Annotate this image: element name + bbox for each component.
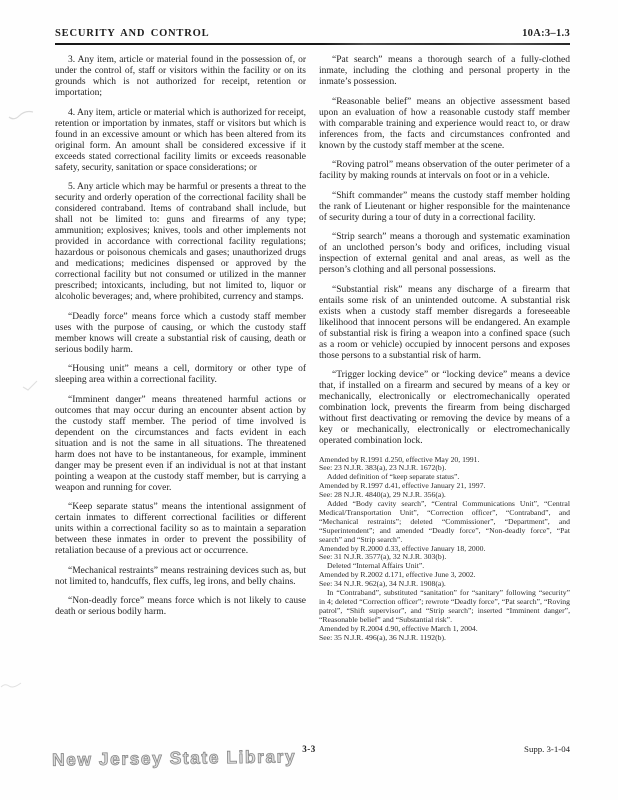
document-page: SECURITY AND CONTROL 10A:3–1.3 3. Any it… bbox=[0, 0, 618, 800]
contraband-item-4-paragraph: 4. Any item, article or material which i… bbox=[55, 108, 306, 174]
definition-strip-search: “Strip search” means a thorough and syst… bbox=[319, 232, 570, 276]
definition-mechanical-restraints: “Mechanical restraints” means restrainin… bbox=[55, 566, 306, 588]
definition-keep-separate-status: “Keep separate status” means the intenti… bbox=[55, 502, 306, 557]
definition-imminent-danger: “Imminent danger” means threatened harmf… bbox=[55, 395, 306, 494]
left-column: 3. Any item, article or material found i… bbox=[55, 55, 306, 643]
definition-roving-patrol: “Roving patrol” means observation of the… bbox=[319, 160, 570, 182]
history-note-change-2002: In “Contraband”, substituted “sanitation… bbox=[319, 589, 570, 625]
definition-housing-unit: “Housing unit” means a cell, dormitory o… bbox=[55, 364, 306, 386]
definition-shift-commander: “Shift commander” means the custody staf… bbox=[319, 191, 570, 224]
page-title: SECURITY AND CONTROL bbox=[55, 28, 209, 39]
document-body: 3. Any item, article or material found i… bbox=[55, 55, 570, 643]
section-code: 10A:3–1.3 bbox=[522, 28, 570, 39]
definition-non-deadly-force: “Non-deadly force” means force which is … bbox=[55, 596, 306, 618]
definition-trigger-locking-device: “Trigger locking device” or “locking dev… bbox=[319, 370, 570, 447]
library-stamp: New Jersey State Library bbox=[52, 746, 296, 770]
header-rule bbox=[55, 43, 570, 45]
definition-deadly-force: “Deadly force” means force which a custo… bbox=[55, 312, 306, 356]
right-column: “Pat search” means a thorough search of … bbox=[319, 55, 570, 643]
history-note-change-1997: Added “Body cavity search”, “Central Com… bbox=[319, 500, 570, 545]
history-note-see-2004: See: 35 N.J.R. 496(a), 36 N.J.R. 1192(b)… bbox=[319, 634, 570, 643]
definition-reasonable-belief: “Reasonable belief” means an objective a… bbox=[319, 97, 570, 152]
contraband-item-3-paragraph: 3. Any item, article or material found i… bbox=[55, 55, 306, 99]
history-notes: Amended by R.1991 d.250, effective May 2… bbox=[319, 456, 570, 643]
definition-substantial-risk: “Substantial risk” means any discharge o… bbox=[319, 285, 570, 362]
supplement-date: Supp. 3-1-04 bbox=[524, 744, 570, 754]
pencil-mark bbox=[8, 108, 34, 122]
page-header: SECURITY AND CONTROL 10A:3–1.3 bbox=[55, 28, 570, 39]
definition-pat-search: “Pat search” means a thorough search of … bbox=[319, 55, 570, 88]
contraband-item-5-paragraph: 5. Any article which may be harmful or p… bbox=[55, 182, 306, 303]
pencil-mark bbox=[22, 380, 38, 392]
pencil-mark bbox=[0, 680, 22, 690]
